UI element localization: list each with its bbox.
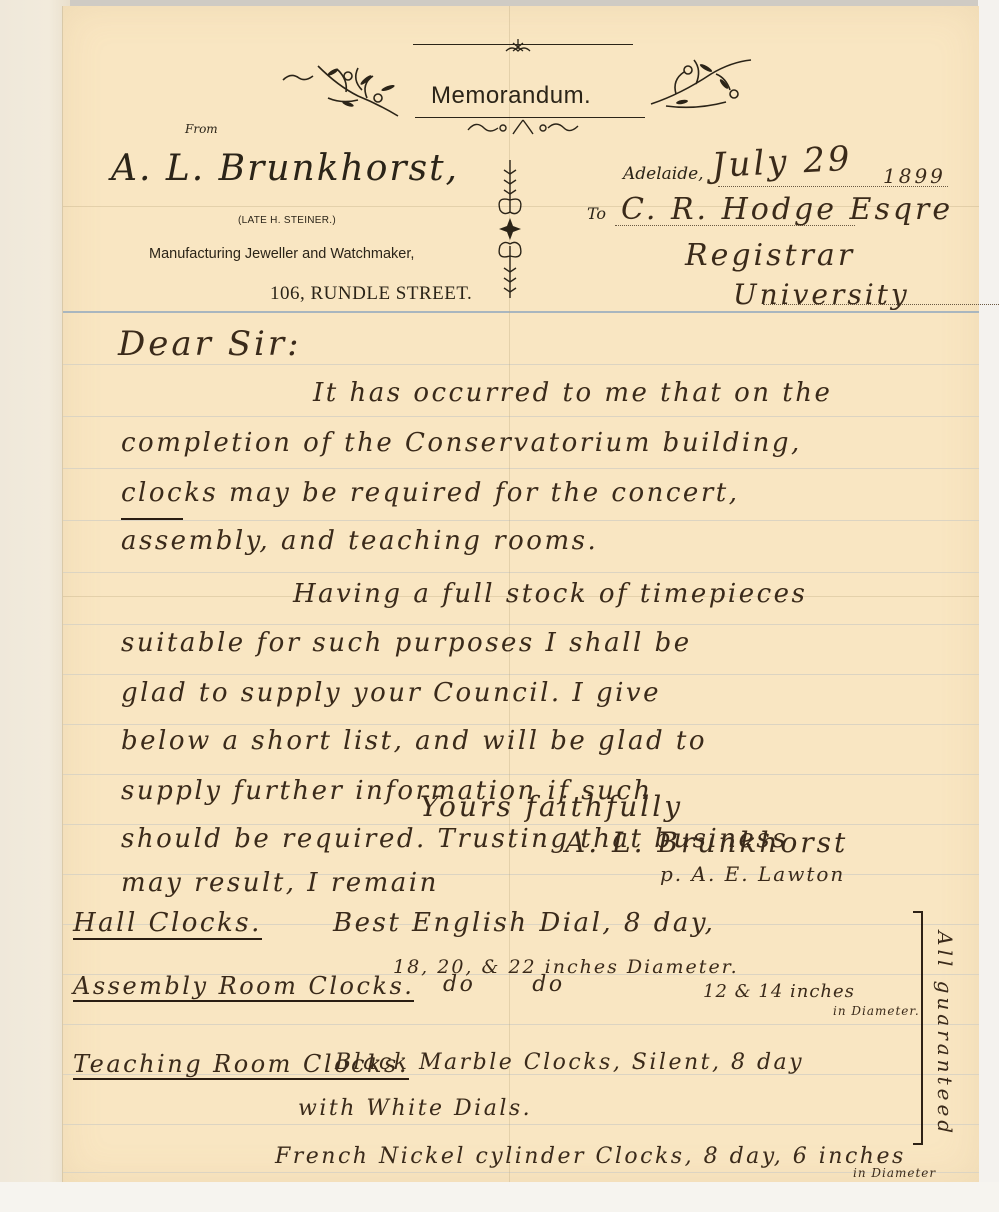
rule-line xyxy=(63,520,979,521)
list-bracket xyxy=(913,911,923,1145)
scan-bottom-edge xyxy=(0,1182,999,1212)
rule-line xyxy=(63,774,979,775)
body-line-5: Having a full stock of timepieces xyxy=(293,579,807,609)
recipient-institution: University xyxy=(733,278,910,311)
rule-line xyxy=(63,674,979,675)
rule-line xyxy=(63,724,979,725)
rule-line xyxy=(63,624,979,625)
body-line-8: below a short list, and will be glad to xyxy=(121,726,707,756)
right-floral-ornament-icon xyxy=(646,54,756,116)
left-floral-ornament-icon xyxy=(278,58,418,118)
top-center-flourish-icon xyxy=(503,39,533,55)
rule-line xyxy=(63,572,979,573)
rule-line xyxy=(63,1024,979,1025)
letter-paper: Memorandum. From A. L. Brunkhorst, (LATE… xyxy=(62,6,979,1182)
date-year: 1899 xyxy=(883,164,946,188)
bottom-center-flourish-icon xyxy=(463,118,583,140)
body-line-6: suitable for such purposes I shall be xyxy=(121,628,692,658)
clocks-underline xyxy=(121,518,183,520)
list-label-hall: Hall Clocks. xyxy=(73,908,262,940)
per-signature: p. A. E. Lawton xyxy=(660,862,845,886)
firm-name: A. L. Brunkhorst, xyxy=(111,148,459,189)
street-address: 106, RUNDLE STREET. xyxy=(270,283,472,305)
rule-line xyxy=(63,364,979,365)
rule-line xyxy=(63,416,979,417)
date-month-day: July 29 xyxy=(711,139,854,186)
signature: A. L. Brunkhorst xyxy=(565,826,848,859)
list-desc-hall: Best English Dial, 8 day, xyxy=(333,908,715,938)
body-line-4: assembly, and teaching rooms. xyxy=(121,526,598,556)
center-divider-ornament-icon xyxy=(497,160,523,298)
header-rule xyxy=(63,311,979,313)
underlying-page xyxy=(0,0,70,1212)
body-line-11: may result, I remain xyxy=(121,868,439,898)
list-desc3-teaching: French Nickel cylinder Clocks, 8 day, 6 … xyxy=(275,1144,906,1169)
list-desc3b-teaching: in Diameter xyxy=(853,1166,936,1180)
closing: Yours faithfully xyxy=(420,790,683,823)
list-size2-assembly: in Diameter. xyxy=(833,1004,920,1018)
list-desc-teaching: Black Marble Clocks, Silent, 8 day xyxy=(335,1050,804,1075)
recipient-title: Registrar xyxy=(685,238,855,273)
body-line-1: It has occurred to me that on the xyxy=(313,378,832,408)
from-label: From xyxy=(185,122,218,136)
body-line-7: glad to supply your Council. I give xyxy=(121,678,661,708)
to-label: To xyxy=(587,204,606,223)
recipient-name: C. R. Hodge Esqre xyxy=(621,192,953,227)
rule-line xyxy=(63,1124,979,1125)
scan-right-edge xyxy=(978,0,999,1212)
salutation: Dear Sir: xyxy=(118,324,302,364)
list-size-assembly: 12 & 14 inches xyxy=(703,981,855,1002)
rule-line xyxy=(63,468,979,469)
list-label-assembly: Assembly Room Clocks. xyxy=(73,972,414,1002)
body-line-3: clocks may be required for the concert, xyxy=(121,478,739,508)
list-desc-assembly: do do xyxy=(443,972,565,997)
rule-line xyxy=(63,1172,979,1173)
body-line-2: completion of the Conservatorium buildin… xyxy=(121,428,802,458)
trade-description: Manufacturing Jeweller and Watchmaker, xyxy=(149,246,414,262)
place-label: Adelaide, xyxy=(623,164,704,184)
memorandum-title: Memorandum. xyxy=(431,82,591,110)
predecessor-note: (LATE H. STEINER.) xyxy=(238,215,336,226)
list-desc2-teaching: with White Dials. xyxy=(298,1096,532,1121)
margin-note-guaranteed: All guaranteed xyxy=(933,931,957,1137)
